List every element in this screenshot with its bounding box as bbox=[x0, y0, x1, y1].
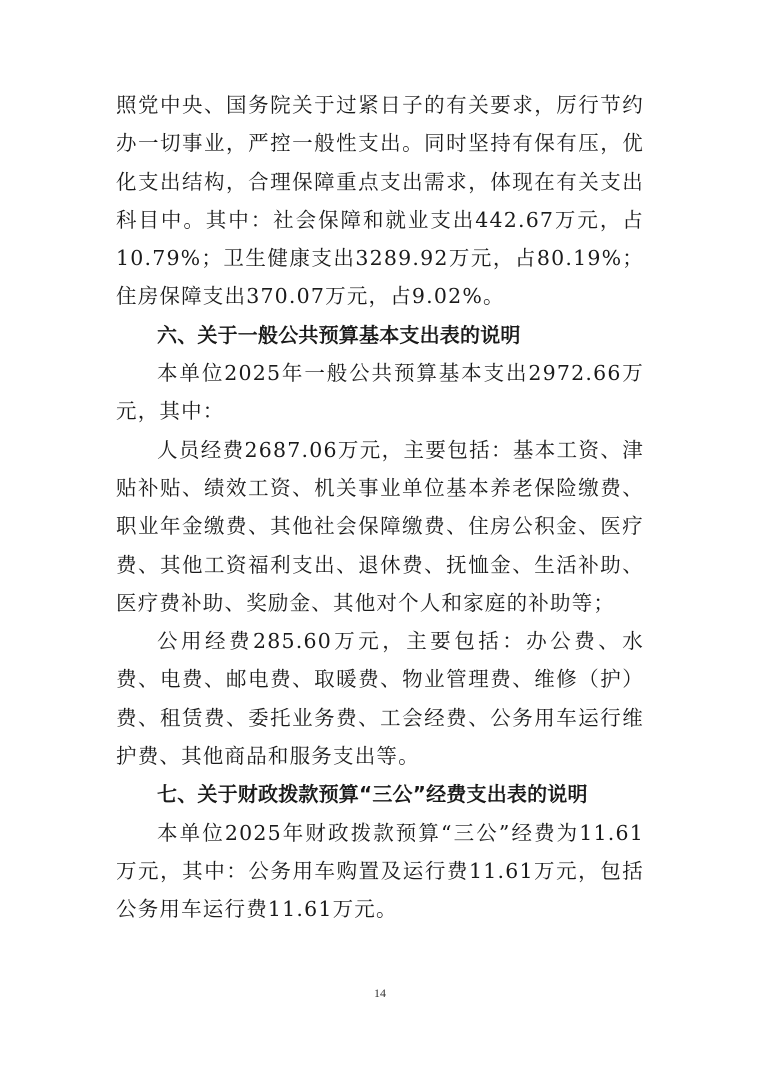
page-content: 照党中央、国务院关于过紧日子的有关要求，厉行节约办一切事业，严控一般性支出。同时… bbox=[116, 86, 644, 929]
paragraph-public-expenses: 公用经费285.60万元，主要包括：办公费、水费、电费、邮电费、取暖费、物业管理… bbox=[116, 622, 644, 775]
paragraph-basic-expenditure: 本单位2025年一般公共预算基本支出2972.66万元，其中： bbox=[116, 354, 644, 431]
document-page: 照党中央、国务院关于过紧日子的有关要求，厉行节约办一切事业，严控一般性支出。同时… bbox=[0, 0, 760, 1074]
page-number: 14 bbox=[0, 986, 760, 1001]
paragraph-three-public-expenses: 本单位2025年财政拨款预算“三公”经费为11.61万元，其中：公务用车购置及运… bbox=[116, 814, 644, 929]
section-heading-7: 七、关于财政拨款预算“三公”经费支出表的说明 bbox=[116, 775, 644, 813]
section-heading-6: 六、关于一般公共预算基本支出表的说明 bbox=[116, 316, 644, 354]
paragraph-expenditure-structure: 照党中央、国务院关于过紧日子的有关要求，厉行节约办一切事业，严控一般性支出。同时… bbox=[116, 86, 644, 316]
paragraph-personnel-expenses: 人员经费2687.06万元，主要包括：基本工资、津贴补贴、绩效工资、机关事业单位… bbox=[116, 431, 644, 622]
